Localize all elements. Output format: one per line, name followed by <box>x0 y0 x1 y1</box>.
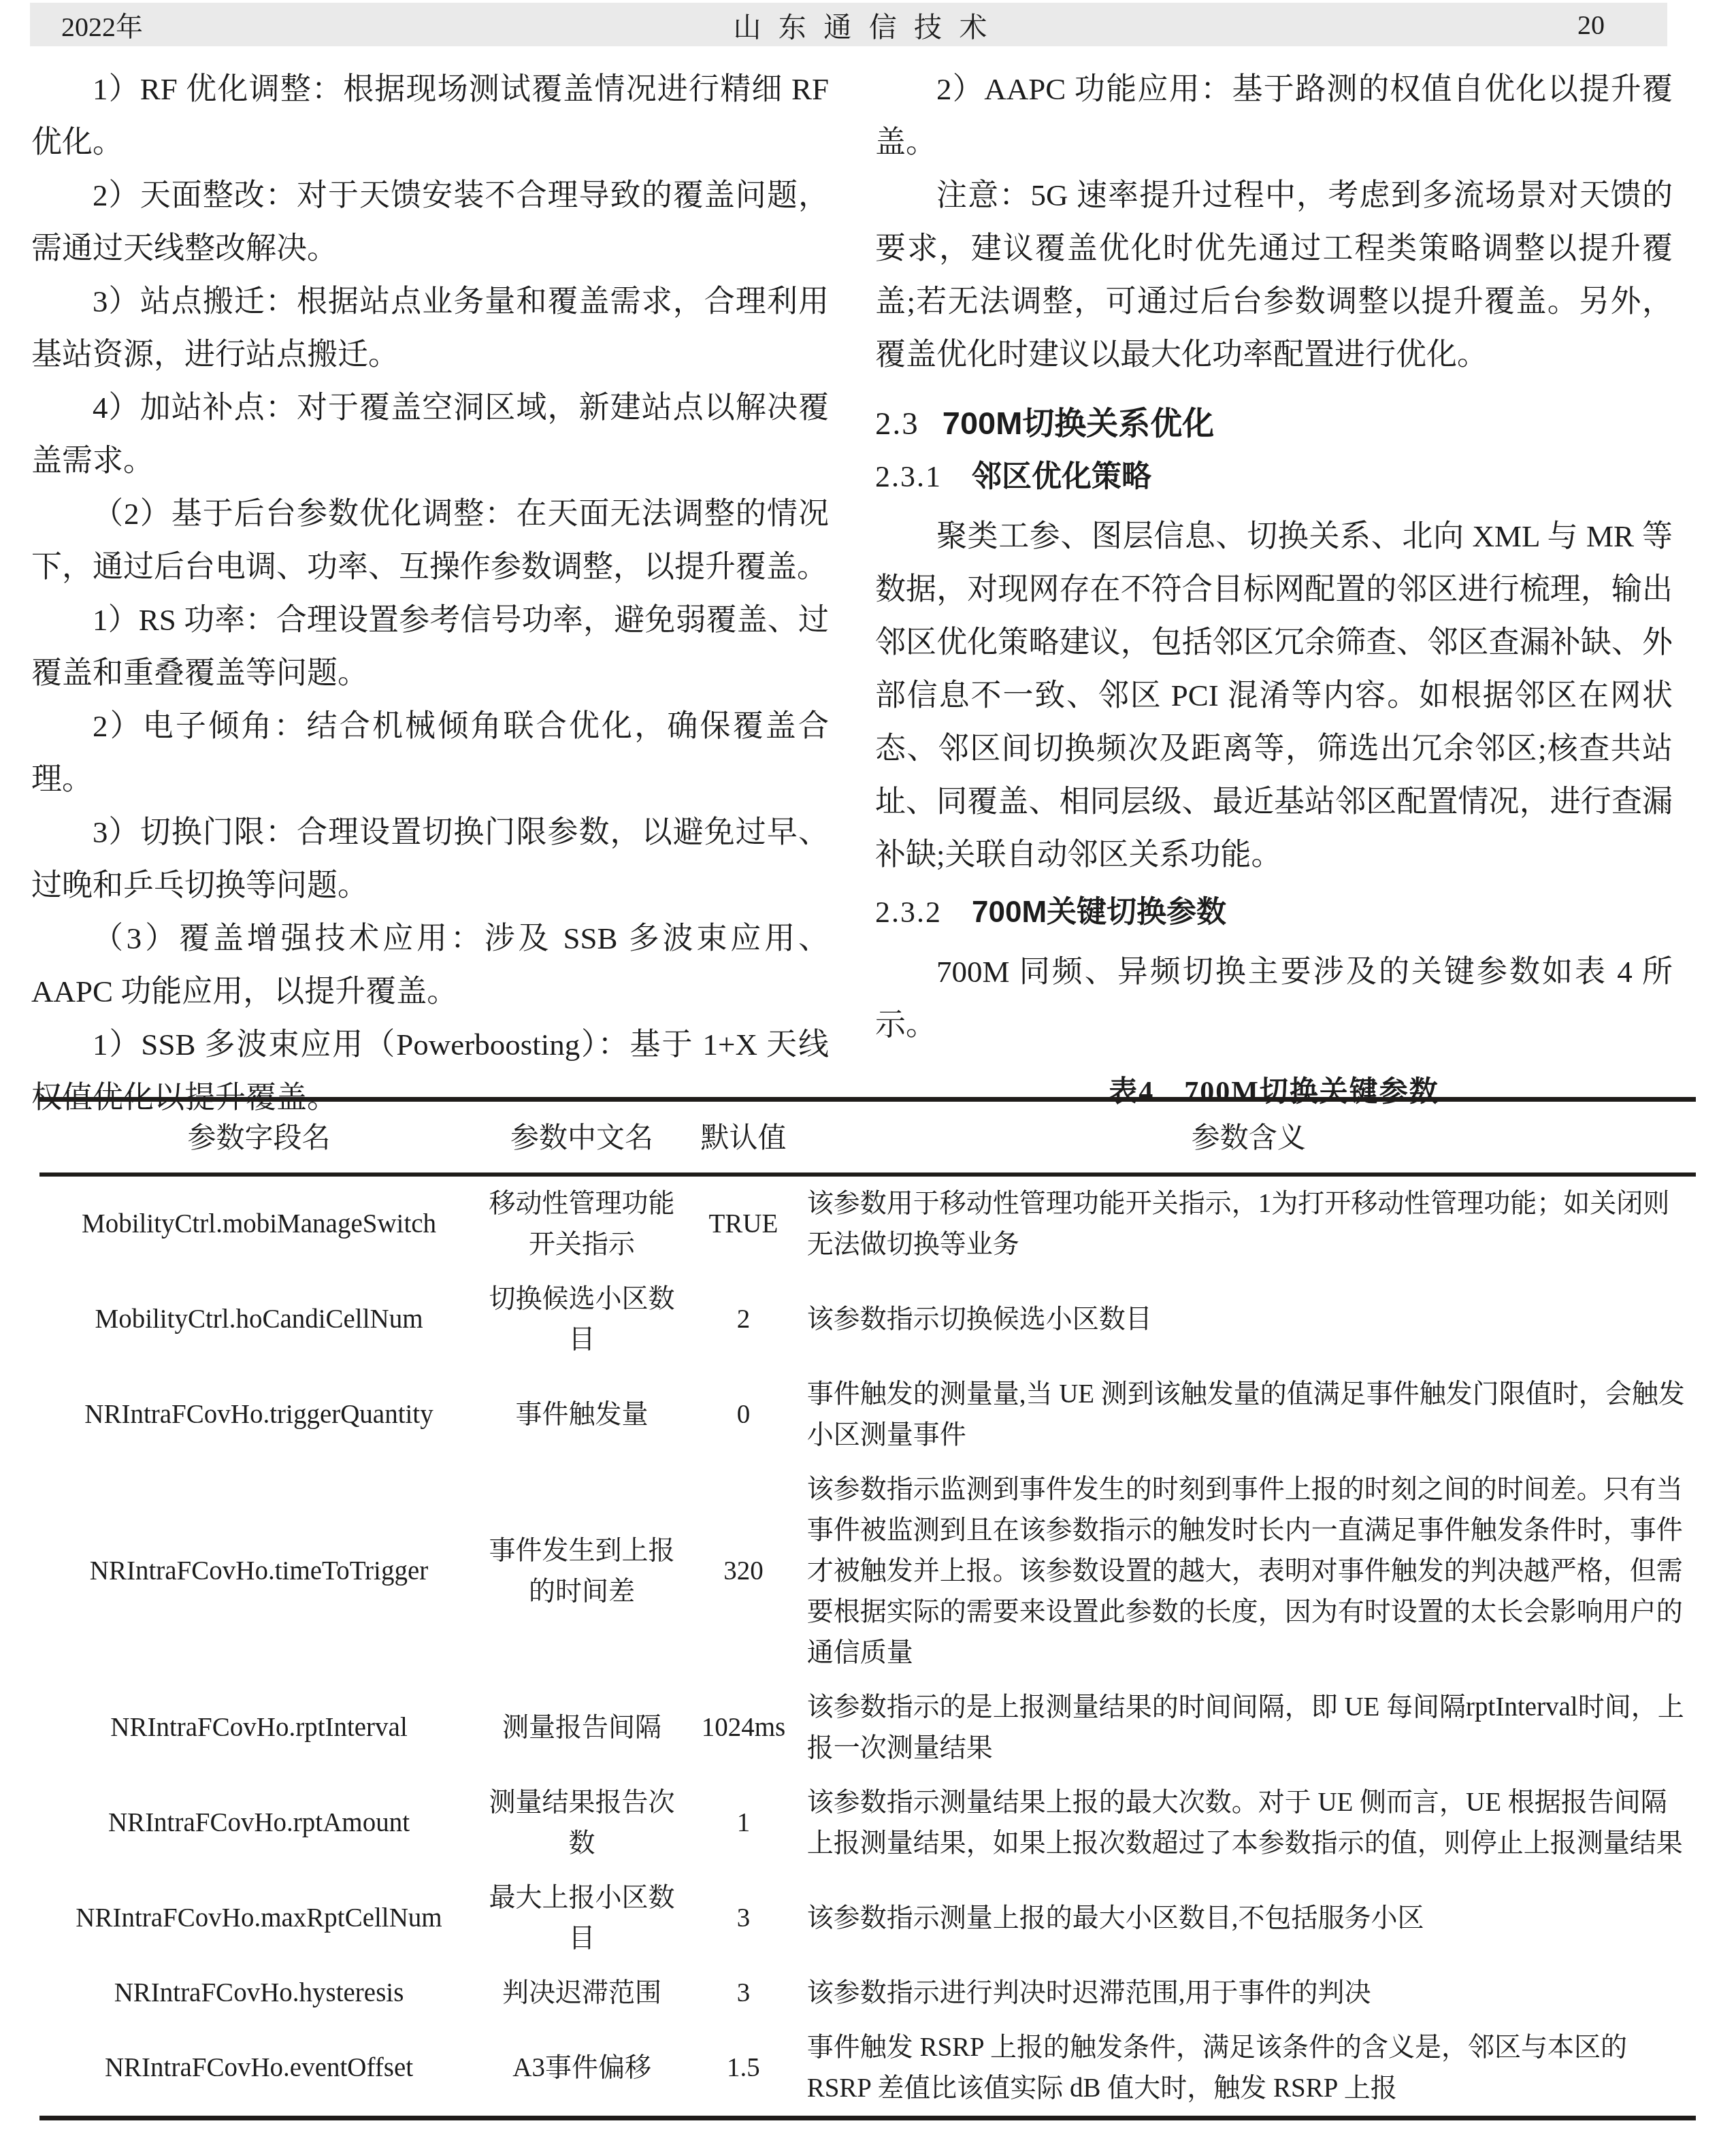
section-number: 2.3.1 <box>875 460 942 493</box>
table-row: NRIntraFCovHo.eventOffset A3事件偏移 1.5 事件触… <box>39 2020 1696 2118</box>
table-row: MobilityCtrl.mobiManageSwitch 移动性管理功能开关指… <box>39 1175 1696 1272</box>
param-default-cell: 0 <box>685 1367 801 1462</box>
param-cn-name-cell: 移动性管理功能开关指示 <box>478 1175 685 1272</box>
paragraph: 聚类工参、图层信息、切换关系、北向 XML 与 MR 等数据，对现网存在不符合目… <box>875 510 1673 881</box>
table-row: NRIntraFCovHo.timeToTrigger 事件发生到上报的时间差 … <box>39 1462 1696 1680</box>
paragraph: （2）基于后台参数优化调整：在天面无法调整的情况下，通过后台电调、功率、互操作参… <box>31 487 829 593</box>
param-default-cell: 3 <box>685 1966 801 2020</box>
table-row: MobilityCtrl.hoCandiCellNum 切换候选小区数目 2 该… <box>39 1272 1696 1367</box>
param-meaning-cell: 该参数指示测量上报的最大小区数目,不包括服务小区 <box>802 1871 1696 1966</box>
param-meaning-cell: 该参数用于移动性管理功能开关指示，1为打开移动性管理功能；如关闭则无法做切换等业… <box>802 1175 1696 1272</box>
parameter-table: 参数字段名 参数中文名 默认值 参数含义 MobilityCtrl.mobiMa… <box>39 1097 1696 2120</box>
param-cn-name-cell: 测量报告间隔 <box>478 1680 685 1775</box>
param-cn-name-cell: A3事件偏移 <box>478 2020 685 2118</box>
param-cn-name-cell: 事件发生到上报的时间差 <box>478 1462 685 1680</box>
table-header-row: 参数字段名 参数中文名 默认值 参数含义 <box>39 1100 1696 1175</box>
column-header-default: 默认值 <box>685 1100 801 1175</box>
param-meaning-cell: 该参数指示切换候选小区数目 <box>802 1272 1696 1367</box>
param-meaning-cell: 该参数指示进行判决时迟滞范围,用于事件的判决 <box>802 1966 1696 2020</box>
section-heading-2-3-2: 2.3.2700M关键切换参数 <box>875 892 1673 933</box>
journal-title: 山东通信技术 <box>716 5 1004 45</box>
running-head: 2022年 山东通信技术 20 <box>30 3 1667 46</box>
param-cn-name-cell: 事件触发量 <box>478 1367 685 1462</box>
param-default-cell: 2 <box>685 1272 801 1367</box>
left-column: 1）RF 优化调整：根据现场测试覆盖情况进行精细 RF 优化。 2）天面整改：对… <box>31 63 829 1124</box>
header-year: 2022年 <box>61 5 143 44</box>
param-field-cell: NRIntraFCovHo.triggerQuantity <box>39 1367 478 1462</box>
section-number: 2.3.2 <box>875 896 942 929</box>
param-meaning-cell: 事件触发的测量量,当 UE 测到该触发量的值满足事件触发门限值时，会触发小区测量… <box>802 1367 1696 1462</box>
section-title: 700M关键切换参数 <box>972 896 1226 929</box>
param-default-cell: 1 <box>685 1775 801 1871</box>
table-row: NRIntraFCovHo.triggerQuantity 事件触发量 0 事件… <box>39 1367 1696 1462</box>
paragraph: 3）站点搬迁：根据站点业务量和覆盖需求，合理利用基站资源，进行站点搬迁。 <box>31 275 829 381</box>
param-cn-name-cell: 测量结果报告次数 <box>478 1775 685 1871</box>
body-columns: 1）RF 优化调整：根据现场测试覆盖情况进行精细 RF 优化。 2）天面整改：对… <box>31 63 1673 1124</box>
param-cn-name-cell: 最大上报小区数目 <box>478 1871 685 1966</box>
param-field-cell: NRIntraFCovHo.eventOffset <box>39 2020 478 2118</box>
param-field-cell: NRIntraFCovHo.maxRptCellNum <box>39 1871 478 1966</box>
page-number: 20 <box>1577 9 1605 41</box>
column-header-cn-name: 参数中文名 <box>478 1100 685 1175</box>
param-cn-name-cell: 判决迟滞范围 <box>478 1966 685 2020</box>
paragraph: 1）RS 功率：合理设置参考信号功率，避免弱覆盖、过覆盖和重叠覆盖等问题。 <box>31 593 829 700</box>
paragraph: 1）RF 优化调整：根据现场测试覆盖情况进行精细 RF 优化。 <box>31 63 829 169</box>
section-number: 2.3 <box>875 406 919 442</box>
table-row: NRIntraFCovHo.hysteresis 判决迟滞范围 3 该参数指示进… <box>39 1966 1696 2020</box>
param-field-cell: NRIntraFCovHo.timeToTrigger <box>39 1462 478 1680</box>
section-heading-2-3: 2.3700M切换关系优化 <box>875 401 1673 446</box>
paragraph: 2）电子倾角：结合机械倾角联合优化，确保覆盖合理。 <box>31 700 829 806</box>
param-meaning-cell: 该参数指示监测到事件发生的时刻到事件上报的时刻之间的时间差。只有当事件被监测到且… <box>802 1462 1696 1680</box>
right-column: 2）AAPC 功能应用：基于路测的权值自优化以提升覆盖。 注意：5G 速率提升过… <box>875 63 1673 1124</box>
param-field-cell: NRIntraFCovHo.rptInterval <box>39 1680 478 1775</box>
param-default-cell: TRUE <box>685 1175 801 1272</box>
paragraph: 700M 同频、异频切换主要涉及的关键参数如表 4 所示。 <box>875 945 1673 1051</box>
table-row: NRIntraFCovHo.maxRptCellNum 最大上报小区数目 3 该… <box>39 1871 1696 1966</box>
column-header-field: 参数字段名 <box>39 1100 478 1175</box>
table-row: NRIntraFCovHo.rptInterval 测量报告间隔 1024ms … <box>39 1680 1696 1775</box>
param-default-cell: 3 <box>685 1871 801 1966</box>
param-default-cell: 1.5 <box>685 2020 801 2118</box>
param-meaning-cell: 事件触发 RSRP 上报的触发条件，满足该条件的含义是，邻区与本区的 RSRP … <box>802 2020 1696 2118</box>
param-meaning-cell: 该参数指示的是上报测量结果的时间间隔，即 UE 每间隔rptInterval时间… <box>802 1680 1696 1775</box>
param-cn-name-cell: 切换候选小区数目 <box>478 1272 685 1367</box>
section-heading-2-3-1: 2.3.1邻区优化策略 <box>875 457 1673 497</box>
paragraph: 注意：5G 速率提升过程中，考虑到多流场景对天馈的要求，建议覆盖优化时优先通过工… <box>875 169 1673 381</box>
param-field-cell: MobilityCtrl.hoCandiCellNum <box>39 1272 478 1367</box>
param-default-cell: 1024ms <box>685 1680 801 1775</box>
paragraph: 4）加站补点：对于覆盖空洞区域，新建站点以解决覆盖需求。 <box>31 381 829 487</box>
param-meaning-cell: 该参数指示测量结果上报的最大次数。对于 UE 侧而言，UE 根据报告间隔上报测量… <box>802 1775 1696 1871</box>
paragraph: 3）切换门限：合理设置切换门限参数，以避免过早、过晚和乒乓切换等问题。 <box>31 806 829 912</box>
paragraph: 2）天面整改：对于天馈安装不合理导致的覆盖问题，需通过天线整改解决。 <box>31 169 829 275</box>
section-title: 邻区优化策略 <box>972 460 1151 493</box>
table-row: NRIntraFCovHo.rptAmount 测量结果报告次数 1 该参数指示… <box>39 1775 1696 1871</box>
paragraph: 2）AAPC 功能应用：基于路测的权值自优化以提升覆盖。 <box>875 63 1673 169</box>
paragraph: （3）覆盖增强技术应用：涉及 SSB 多波束应用、AAPC 功能应用，以提升覆盖… <box>31 912 829 1018</box>
param-default-cell: 320 <box>685 1462 801 1680</box>
param-field-cell: MobilityCtrl.mobiManageSwitch <box>39 1175 478 1272</box>
journal-page: 2022年 山东通信技术 20 1）RF 优化调整：根据现场测试覆盖情况进行精细… <box>0 0 1736 2132</box>
section-title: 700M切换关系优化 <box>943 405 1215 441</box>
param-field-cell: NRIntraFCovHo.hysteresis <box>39 1966 478 2020</box>
column-header-meaning: 参数含义 <box>802 1100 1696 1175</box>
param-field-cell: NRIntraFCovHo.rptAmount <box>39 1775 478 1871</box>
